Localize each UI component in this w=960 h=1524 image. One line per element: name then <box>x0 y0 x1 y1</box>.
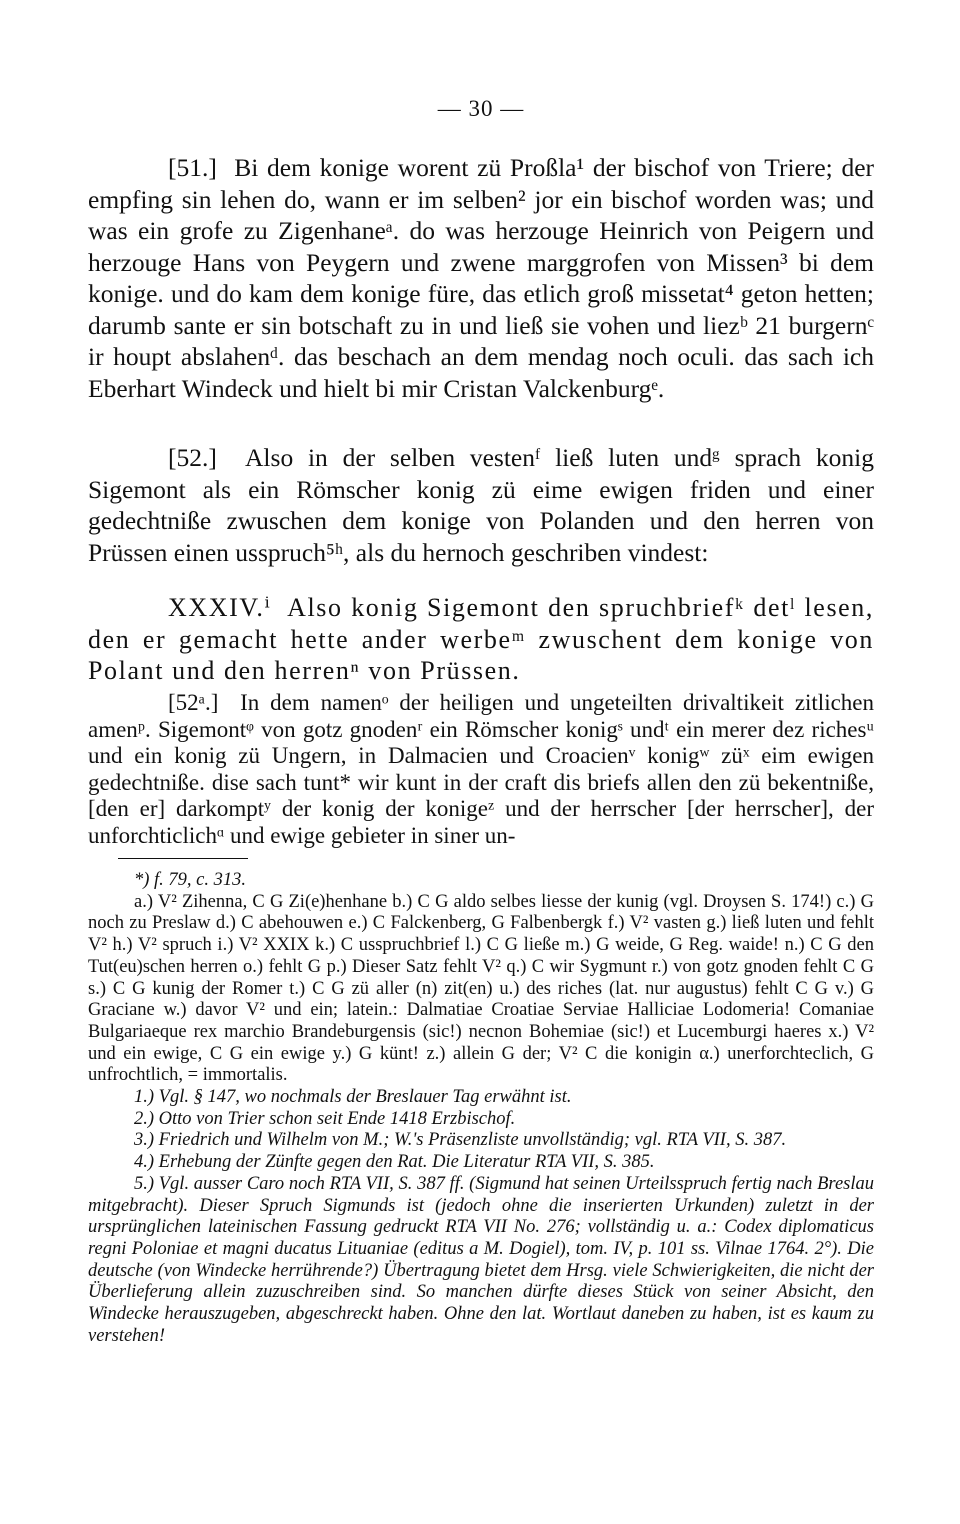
section-label: [52.] <box>168 443 217 472</box>
footnote-star: *) f. 79, c. 313. <box>88 870 874 892</box>
footnote-2: 2.) Otto von Trier schon seit Ende 1418 … <box>88 1109 874 1131</box>
footnote-divider <box>118 858 248 859</box>
section-label: [52ᵃ.] <box>168 690 218 715</box>
page-number: — 30 — <box>88 96 874 122</box>
section-52a: [52ᵃ.] In dem namenᵒ der heiligen und un… <box>88 690 874 849</box>
footnotes: *) f. 79, c. 313. a.) V² Zihenna, C G Zi… <box>88 870 874 1347</box>
footnote-5: 5.) Vgl. ausser Caro noch RTA VII, S. 38… <box>88 1174 874 1348</box>
footnote-letters: a.) V² Zihenna, C G Zi(e)henhane b.) C G… <box>88 892 874 1087</box>
footnote-3: 3.) Friedrich und Wilhelm von M.; W.'s P… <box>88 1130 874 1152</box>
section-51: [51.] Bi dem konige worent zü Proßla¹ de… <box>88 152 874 404</box>
section-xxxiv-heading: XXXIV.ⁱ Also konig Sigemont den spruchbr… <box>88 592 874 687</box>
section-text: Bi dem konige worent zü Proßla¹ der bisc… <box>88 153 874 403</box>
footnote-4: 4.) Erhebung der Zünfte gegen den Rat. D… <box>88 1152 874 1174</box>
section-52: [52.] Also in der selben vestenᶠ ließ lu… <box>88 442 874 568</box>
section-label: [51.] <box>168 153 217 182</box>
section-label: XXXIV.ⁱ <box>168 593 271 622</box>
footnote-1: 1.) Vgl. § 147, wo nochmals der Breslaue… <box>88 1087 874 1109</box>
